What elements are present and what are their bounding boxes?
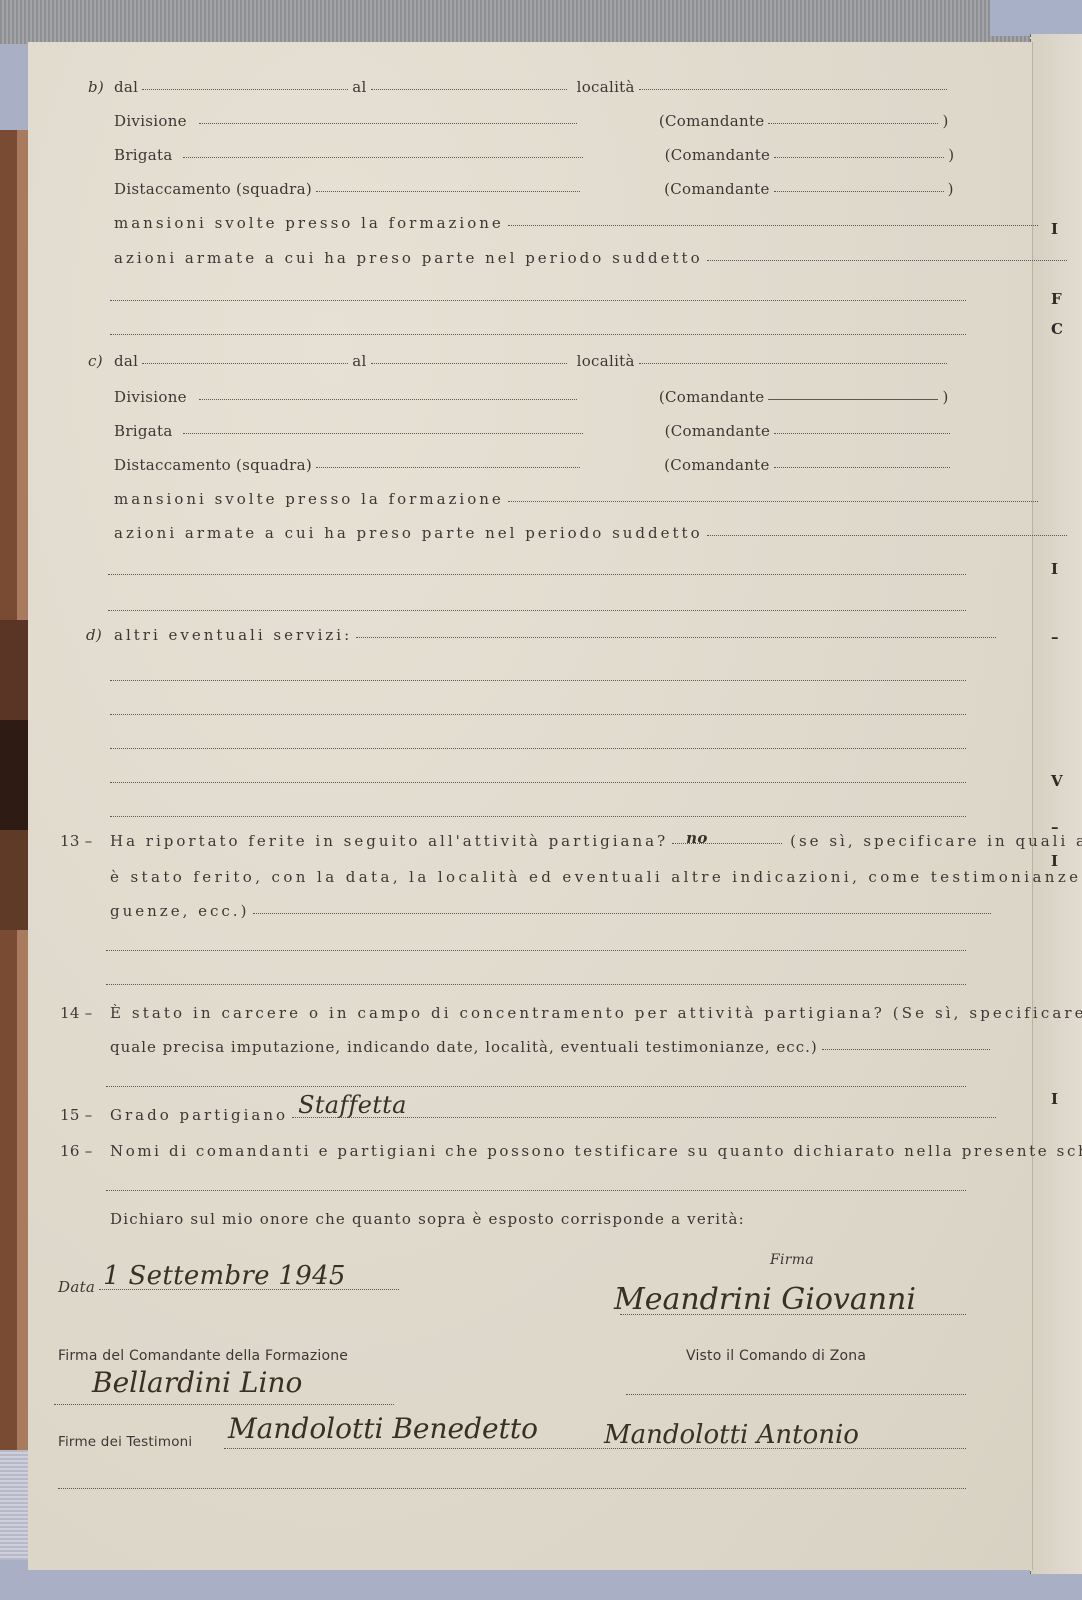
q16-label: Nomi di comandanti e partigiani che poss… (110, 1142, 1082, 1160)
altri-servizi-line[interactable] (110, 782, 966, 783)
comandante-label: (Comandante (665, 146, 771, 164)
q13-answer-field[interactable]: no (672, 843, 782, 844)
al-field[interactable] (371, 89, 567, 90)
witness-2-signature: Mandolotti Antonio (604, 1420, 859, 1450)
divisione-label: Divisione (114, 388, 187, 406)
comandante-field[interactable] (774, 433, 950, 434)
section-marker: c) (88, 352, 114, 370)
signature-value: Meandrini Giovanni (614, 1282, 916, 1317)
section-marker: d) (86, 626, 114, 644)
witness-1-signature: Mandolotti Benedetto (228, 1412, 538, 1445)
dal-field[interactable] (142, 89, 348, 90)
date-row: Data 1 Settembre 1945 (58, 1278, 403, 1296)
distaccamento-label: Distaccamento (squadra) (114, 456, 312, 474)
section-b-distaccamento-row: Distaccamento (squadra) (Comandante ) (114, 180, 954, 198)
azioni-continuation-line[interactable] (108, 574, 966, 575)
q13-row-1: 13 – Ha riportato ferite in seguito all'… (60, 832, 1082, 850)
close-paren: ) (948, 146, 954, 164)
altri-servizi-line[interactable] (110, 748, 966, 749)
q13-question: Ha riportato ferite in seguito all'attiv… (110, 832, 668, 850)
brigata-field[interactable] (183, 157, 583, 158)
brigata-label: Brigata (114, 146, 173, 164)
azioni-field[interactable] (707, 535, 1067, 536)
al-label: al (352, 78, 366, 96)
dal-label: dal (114, 352, 138, 370)
q14-details-line[interactable] (106, 1086, 966, 1087)
adjacent-page-fragment: – (1051, 628, 1059, 646)
q13-instruction: (se sì, specificare in quali azioni (790, 832, 1082, 850)
azioni-continuation-line[interactable] (108, 610, 966, 611)
close-paren: ) (948, 180, 954, 198)
background-surface (990, 0, 1082, 36)
azioni-continuation-line[interactable] (110, 300, 966, 301)
witnesses-label: Firme dei Testimoni (58, 1434, 192, 1450)
section-d-row: d) altri eventuali servizi: (86, 626, 1000, 644)
distaccamento-label: Distaccamento (squadra) (114, 180, 312, 198)
q14-question: È stato in carcere o in campo di concent… (110, 1004, 1082, 1022)
close-paren: ) (942, 388, 948, 406)
zone-command-signature-line[interactable] (626, 1394, 966, 1395)
azioni-label: azioni armate a cui ha preso parte nel p… (114, 249, 703, 267)
azioni-continuation-line[interactable] (110, 334, 966, 335)
dal-label: dal (114, 78, 138, 96)
azioni-field[interactable] (707, 260, 1067, 261)
comandante-label: (Comandante (659, 388, 765, 406)
date-value: 1 Settembre 1945 (103, 1261, 346, 1291)
comandante-label: (Comandante (659, 112, 765, 130)
al-field[interactable] (371, 363, 567, 364)
section-b-divisione-row: Divisione (Comandante ) (114, 112, 949, 130)
zone-command-label: Visto il Comando di Zona (686, 1348, 866, 1364)
localita-field[interactable] (639, 363, 947, 364)
question-number: 13 – (60, 832, 110, 850)
adjacent-page-fragment: I (1051, 1090, 1058, 1108)
adjacent-page-fragment: V (1051, 772, 1063, 790)
brigata-label: Brigata (114, 422, 173, 440)
section-b-brigata-row: Brigata (Comandante ) (114, 146, 954, 164)
comandante-field[interactable] (774, 191, 944, 192)
date-label: Data (58, 1278, 95, 1296)
distaccamento-field[interactable] (316, 467, 580, 468)
question-number: 15 – (60, 1106, 110, 1124)
altri-servizi-field[interactable] (356, 637, 996, 638)
q13-answer: no (686, 829, 708, 847)
q16-names-line[interactable] (106, 1190, 966, 1191)
book-binding-band (0, 720, 28, 830)
comandante-label: (Comandante (664, 180, 770, 198)
commander-signature: Bellardini Lino (92, 1366, 302, 1399)
q15-answer: Staffetta (298, 1091, 407, 1119)
section-b-mansioni-row: mansioni svolte presso la formazione (114, 214, 1042, 232)
q14-details-field[interactable] (822, 1049, 990, 1050)
question-number: 16 – (60, 1142, 110, 1160)
adjacent-page-fragment: I (1051, 220, 1058, 238)
signature-label: Firma (770, 1252, 814, 1268)
comandante-field[interactable] (768, 123, 938, 124)
book-binding-band (0, 830, 28, 930)
comandante-field[interactable] (774, 157, 944, 158)
book-binding-cloth (0, 1450, 28, 1560)
q13-instruction-end: guenze, ecc.) (110, 902, 249, 920)
mansioni-field[interactable] (508, 225, 1038, 226)
commander-signature-line[interactable] (54, 1404, 394, 1405)
brigata-field[interactable] (183, 433, 583, 434)
declaration-text: Dichiaro sul mio onore che quanto sopra … (110, 1210, 745, 1228)
q14-row-2: quale precisa imputazione, indicando dat… (110, 1038, 994, 1056)
altri-servizi-line[interactable] (110, 816, 966, 817)
commander-label-row: Firma del Comandante della Formazione (58, 1348, 348, 1364)
q16-row: 16 – Nomi di comandanti e partigiani che… (60, 1142, 1082, 1160)
witnesses-signature-line-2[interactable] (58, 1488, 966, 1489)
divisione-field[interactable] (199, 123, 577, 124)
q13-details-field[interactable] (253, 913, 991, 914)
q15-label: Grado partigiano (110, 1106, 288, 1124)
mansioni-label: mansioni svolte presso la formazione (114, 214, 504, 232)
section-c-period-row: c) dal al località (88, 352, 951, 370)
comandante-field[interactable] (774, 467, 950, 468)
witnesses-row: Firme dei Testimoni (58, 1434, 192, 1450)
adjacent-page-fragment: I (1051, 560, 1058, 578)
q14-instruction: quale precisa imputazione, indicando dat… (110, 1038, 818, 1056)
date-field[interactable]: 1 Settembre 1945 (99, 1289, 399, 1290)
divisione-field[interactable] (199, 399, 577, 400)
comandante-field[interactable] (768, 399, 938, 400)
q15-row: 15 – Grado partigiano Staffetta (60, 1106, 1000, 1124)
localita-field[interactable] (639, 89, 947, 90)
adjacent-page-fragment: F (1051, 290, 1062, 308)
q15-answer-field[interactable]: Staffetta (292, 1117, 996, 1118)
adjacent-page-fragment: C (1051, 320, 1063, 338)
book-binding-band (0, 620, 28, 720)
section-c-brigata-row: Brigata (Comandante (114, 422, 954, 440)
declaration-row: Dichiaro sul mio onore che quanto sopra … (110, 1210, 745, 1228)
q13-row-2: è stato ferito, con la data, la località… (110, 868, 1082, 886)
azioni-label: azioni armate a cui ha preso parte nel p… (114, 524, 703, 542)
close-paren: ) (942, 112, 948, 130)
signature-label-row: Firma (770, 1252, 814, 1268)
section-b-period-row: b) dal al località (88, 78, 951, 96)
section-c-azioni-row: azioni armate a cui ha preso parte nel p… (114, 524, 1071, 542)
commander-label: Firma del Comandante della Formazione (58, 1348, 348, 1364)
comandante-label: (Comandante (664, 456, 770, 474)
q13-details-line[interactable] (106, 984, 966, 985)
localita-label: località (577, 352, 635, 370)
section-c-divisione-row: Divisione (Comandante ) (114, 388, 949, 406)
altri-servizi-label: altri eventuali servizi: (114, 626, 352, 644)
section-c-distaccamento-row: Distaccamento (squadra) (Comandante (114, 456, 954, 474)
divisione-label: Divisione (114, 112, 187, 130)
altri-servizi-line[interactable] (110, 680, 966, 681)
zone-command-row: Visto il Comando di Zona (686, 1348, 866, 1364)
dal-field[interactable] (142, 363, 348, 364)
q13-details-line[interactable] (106, 950, 966, 951)
al-label: al (352, 352, 366, 370)
section-c-mansioni-row: mansioni svolte presso la formazione (114, 490, 1042, 508)
section-b-azioni-row: azioni armate a cui ha preso parte nel p… (114, 249, 1071, 267)
q14-row-1: 14 – È stato in carcere o in campo di co… (60, 1004, 1082, 1022)
background-fabric (0, 0, 1082, 44)
form-page: b) dal al località Divisione (Comandante… (28, 42, 1032, 1570)
localita-label: località (577, 78, 635, 96)
section-marker: b) (88, 78, 114, 96)
q13-instruction-cont: è stato ferito, con la data, la località… (110, 868, 1082, 886)
question-number: 14 – (60, 1004, 110, 1022)
mansioni-label: mansioni svolte presso la formazione (114, 490, 504, 508)
mansioni-field[interactable] (508, 501, 1038, 502)
altri-servizi-line[interactable] (110, 714, 966, 715)
q13-row-3: guenze, ecc.) (110, 902, 995, 920)
comandante-label: (Comandante (665, 422, 771, 440)
distaccamento-field[interactable] (316, 191, 580, 192)
